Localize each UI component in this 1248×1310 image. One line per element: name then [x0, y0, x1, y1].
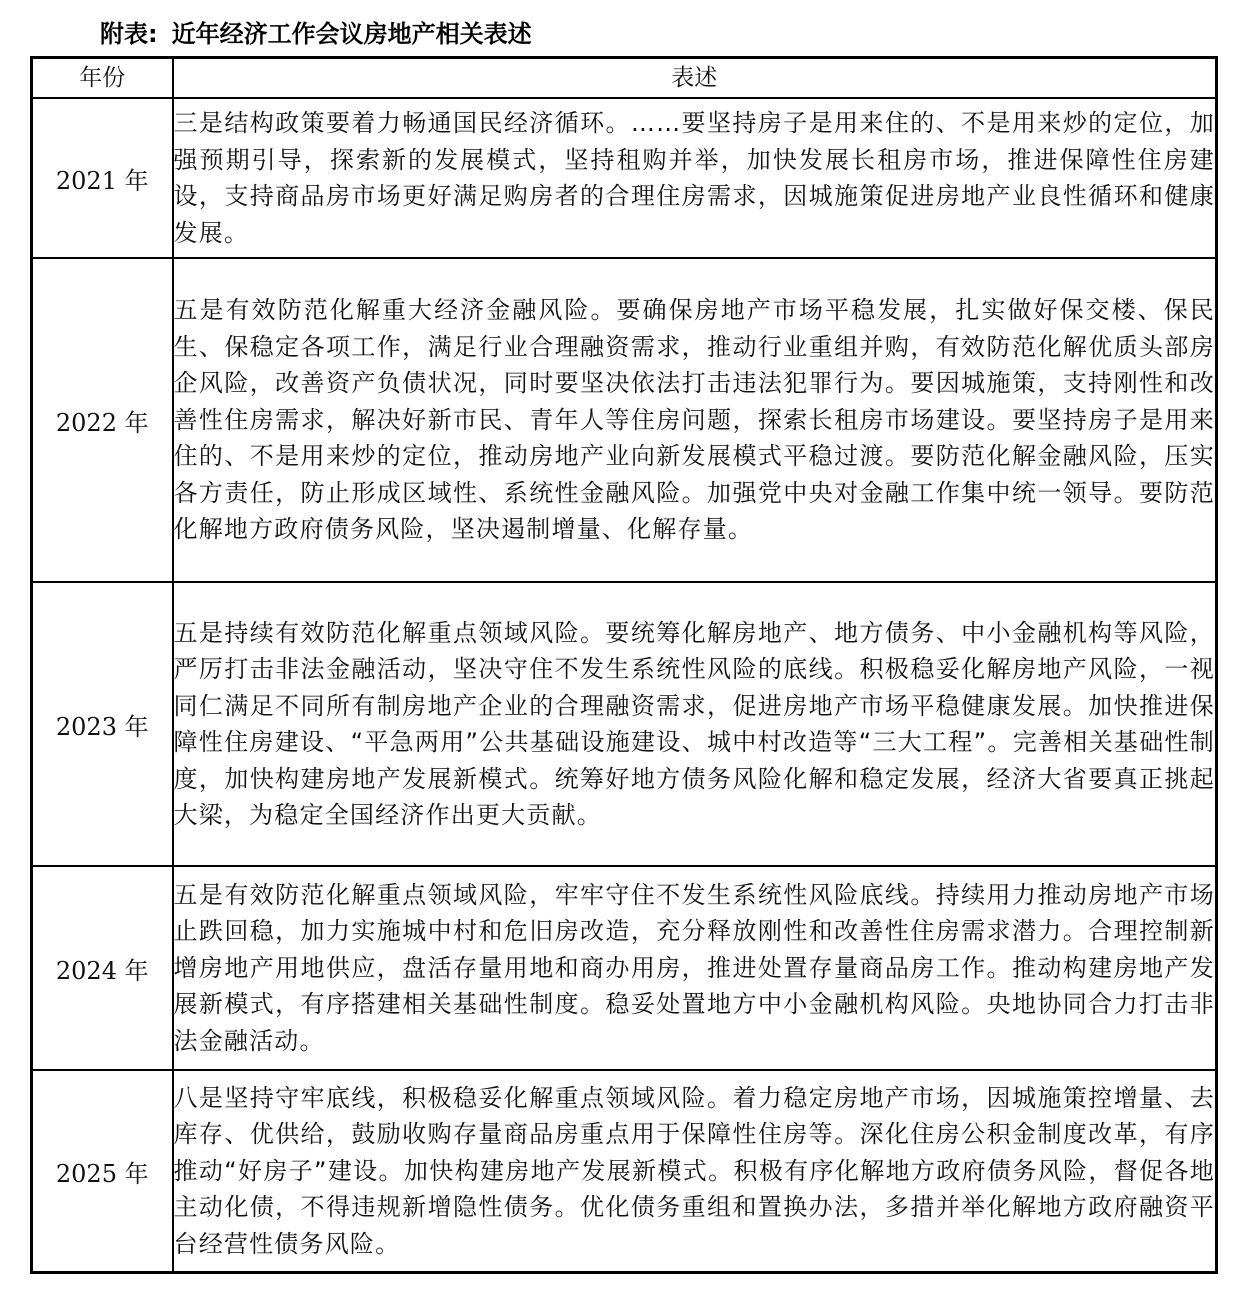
- table-row: 2022 年 五是有效防范化解重大经济金融风险。要确保房地产市场平稳发展，扎实做…: [32, 258, 1217, 582]
- table-row: 2023 年 五是持续有效防范化解重点领域风险。要统筹化解房地产、地方债务、中小…: [32, 582, 1217, 866]
- description-cell: 五是有效防范化解重大经济金融风险。要确保房地产市场平稳发展，扎实做好保交楼、保民…: [173, 258, 1217, 582]
- table-row: 2024 年 五是有效防范化解重点领域风险，牢牢守住不发生系统性风险底线。持续用…: [32, 866, 1217, 1070]
- year-cell: 2024 年: [32, 866, 173, 1070]
- year-cell: 2023 年: [32, 582, 173, 866]
- description-cell: 五是有效防范化解重点领域风险，牢牢守住不发生系统性风险底线。持续用力推动房地产市…: [173, 866, 1217, 1070]
- description-cell: 五是持续有效防范化解重点领域风险。要统筹化解房地产、地方债务、中小金融机构等风险…: [173, 582, 1217, 866]
- document-title: 附表:近年经济工作会议房地产相关表述: [100, 14, 532, 54]
- column-header-description: 表述: [173, 58, 1217, 99]
- year-cell: 2022 年: [32, 258, 173, 582]
- year-cell: 2025 年: [32, 1070, 173, 1273]
- policy-statements-table: 年份 表述 2021 年 三是结构政策要着力畅通国民经济循环。……要坚持房子是用…: [30, 56, 1218, 1274]
- year-cell: 2021 年: [32, 98, 173, 258]
- table-row: 2025 年 八是坚持守牢底线，积极稳妥化解重点领域风险。着力稳定房地产市场，因…: [32, 1070, 1217, 1273]
- table-row: 2021 年 三是结构政策要着力畅通国民经济循环。……要坚持房子是用来住的、不是…: [32, 98, 1217, 258]
- description-cell: 三是结构政策要着力畅通国民经济循环。……要坚持房子是用来住的、不是用来炒的定位，…: [173, 98, 1217, 258]
- title-prefix: 附表:: [100, 20, 158, 48]
- description-cell: 八是坚持守牢底线，积极稳妥化解重点领域风险。着力稳定房地产市场，因城施策控增量、…: [173, 1070, 1217, 1273]
- title-text: 近年经济工作会议房地产相关表述: [172, 20, 532, 48]
- table-header-row: 年份 表述: [32, 58, 1217, 99]
- column-header-year: 年份: [32, 58, 173, 99]
